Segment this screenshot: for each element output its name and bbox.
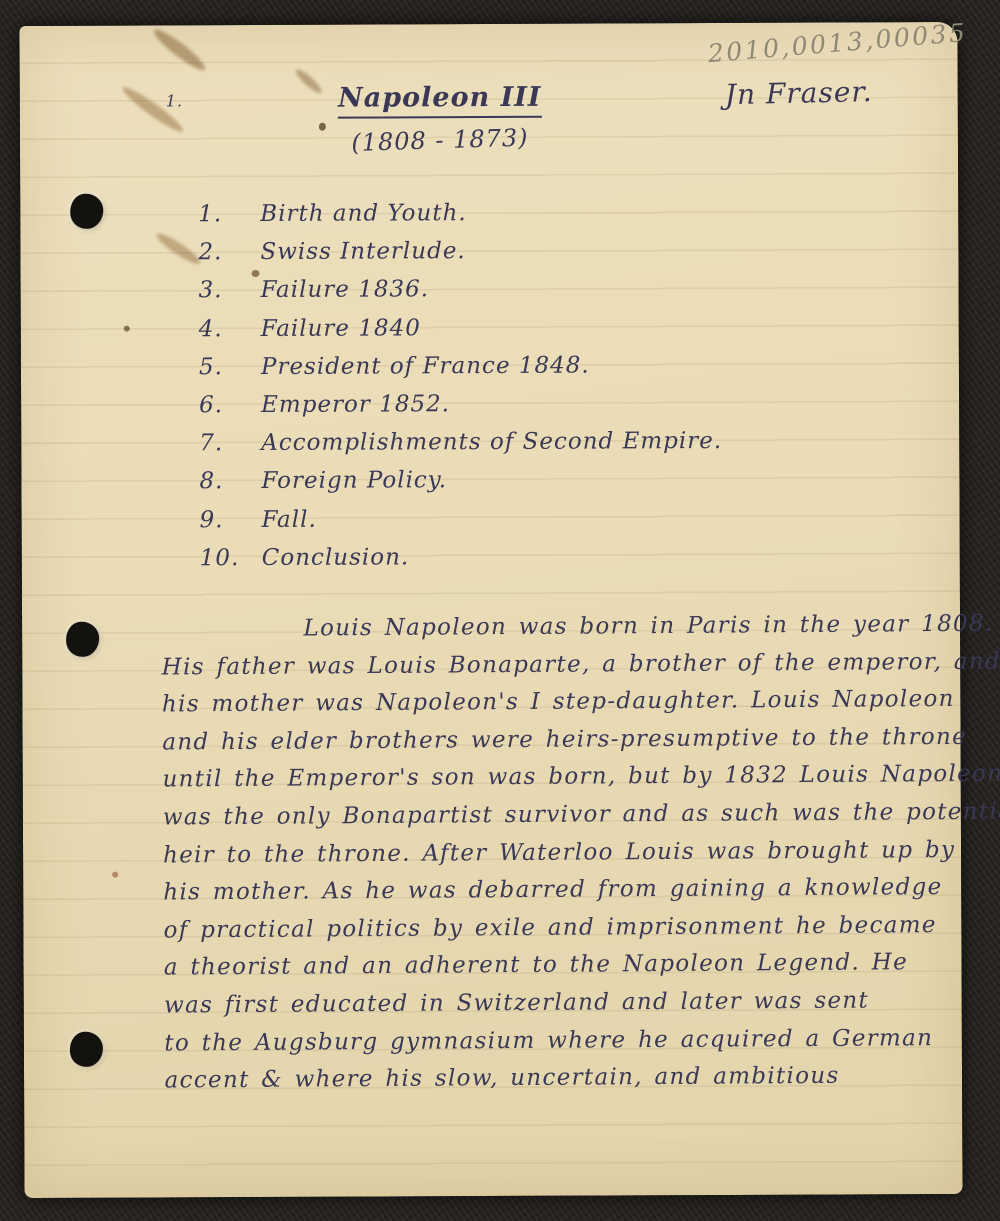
stain bbox=[154, 230, 203, 268]
outline-item: 3. Failure 1836. bbox=[199, 275, 722, 315]
outline-item-number: 1. bbox=[198, 201, 260, 227]
punch-hole-top bbox=[70, 194, 103, 229]
outline-item: 9. Fall. bbox=[200, 504, 723, 544]
outline-item-number: 10. bbox=[200, 545, 262, 571]
handwritten-line: was first educated in Switzerland and la… bbox=[164, 987, 964, 1030]
accession-number: 2010,0013,00035 bbox=[707, 18, 969, 68]
punch-hole-middle bbox=[66, 622, 99, 657]
handwritten-line: accent & where his slow, uncertain, and … bbox=[165, 1062, 965, 1105]
archive-photo-background: { "page": { "accession_number": "2010,00… bbox=[0, 0, 1000, 1221]
stain bbox=[150, 25, 209, 74]
handwritten-line: and his elder brothers were heirs-presum… bbox=[162, 724, 962, 767]
outline-item-label: Swiss Interlude. bbox=[260, 238, 465, 265]
outline-item: 1. Birth and Youth. bbox=[198, 199, 721, 239]
outline-item: 5. President of France 1848. bbox=[199, 352, 722, 392]
body-paragraph: Louis Napoleon was born in Paris in the … bbox=[161, 611, 964, 1105]
outline-item-label: Failure 1836. bbox=[261, 277, 430, 304]
handwritten-line: a theorist and an adherent to the Napole… bbox=[164, 949, 964, 992]
punch-hole-bottom bbox=[70, 1032, 103, 1067]
outline-item-number: 6. bbox=[199, 392, 261, 418]
outline-item: 7. Accomplishments of Second Empire. bbox=[199, 428, 722, 468]
outline-item-label: Foreign Policy. bbox=[261, 468, 447, 495]
outline-item-number: 8. bbox=[199, 468, 261, 494]
speck bbox=[112, 872, 118, 878]
handwritten-line: His father was Louis Bonaparte, a brothe… bbox=[162, 648, 962, 691]
title-dates: (1808 - 1873) bbox=[270, 121, 611, 159]
outline-item: 8. Foreign Policy. bbox=[199, 466, 722, 506]
outline-item: 10. Conclusion. bbox=[200, 543, 723, 583]
outline-item-label: President of France 1848. bbox=[261, 352, 590, 379]
outline-item-label: Emperor 1852. bbox=[261, 391, 450, 418]
handwritten-line: to the Augsburg gymnasium where he acqui… bbox=[164, 1024, 964, 1067]
handwritten-line: heir to the throne. After Waterloo Louis… bbox=[163, 836, 963, 879]
outline-item-label: Accomplishments of Second Empire. bbox=[261, 428, 722, 456]
outline-item-label: Birth and Youth. bbox=[260, 200, 467, 227]
speck bbox=[124, 326, 130, 332]
handwritten-line: his mother was Napoleon's I step-daughte… bbox=[162, 686, 962, 729]
outline-item-number: 2. bbox=[198, 239, 260, 265]
outline-item-label: Conclusion. bbox=[262, 544, 410, 571]
outline-item-label: Fall. bbox=[262, 506, 317, 532]
outline-item-number: 4. bbox=[199, 316, 261, 342]
outline-item-number: 3. bbox=[199, 277, 261, 303]
author-signature: Jn Fraser. bbox=[724, 75, 872, 111]
handwritten-line: Louis Napoleon was born in Paris in the … bbox=[161, 611, 961, 654]
outline-item-number: 7. bbox=[199, 430, 261, 456]
page-number: 1. bbox=[166, 91, 183, 110]
outline-list: 1. Birth and Youth. 2. Swiss Interlude. … bbox=[198, 199, 723, 583]
page-title: Napoleon III bbox=[338, 82, 542, 119]
outline-item-number: 9. bbox=[200, 507, 262, 533]
manuscript-page: 2010,0013,00035 1. Jn Fraser. Napoleon I… bbox=[19, 22, 962, 1198]
handwritten-line: was the only Bonapartist survivor and as… bbox=[163, 799, 963, 842]
handwritten-line: of practical politics by exile and impri… bbox=[163, 912, 963, 955]
outline-item: 6. Emperor 1852. bbox=[199, 390, 722, 430]
outline-item-number: 5. bbox=[199, 354, 261, 380]
outline-item-label: Failure 1840 bbox=[261, 315, 421, 342]
handwritten-line: his mother. As he was debarred from gain… bbox=[163, 874, 963, 917]
outline-item: 2. Swiss Interlude. bbox=[198, 237, 721, 277]
outline-item: 4. Failure 1840 bbox=[199, 314, 722, 354]
handwritten-line: until the Emperor's son was born, but by… bbox=[162, 761, 962, 804]
title-block: Napoleon III (1808 - 1873) bbox=[270, 81, 610, 154]
